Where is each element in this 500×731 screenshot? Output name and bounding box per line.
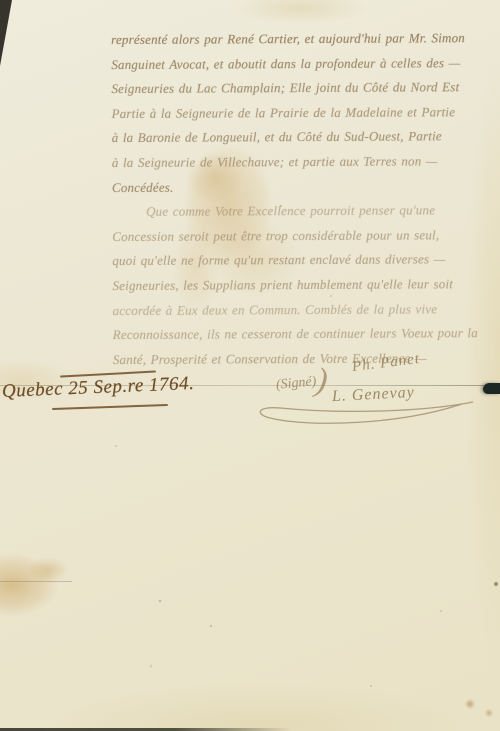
manuscript-line: Seigneuries, les Supplians prient humble…	[112, 272, 494, 299]
manuscript-line: Que comme Votre Excellence pourroit pens…	[112, 198, 494, 225]
manuscript-line: Concession seroit peut être trop considé…	[112, 223, 494, 250]
fold-crease-lower	[0, 581, 72, 582]
manuscript-line: Santé, Prosperité et Conservation de Vot…	[113, 346, 495, 373]
manuscript-line: accordée à Eux deux en Commun. Comblés d…	[113, 297, 495, 324]
manuscript-line: Reconnoissance, ils ne cesseront de cont…	[113, 321, 495, 348]
signature-flourish	[252, 398, 474, 428]
manuscript-line: représenté alors par René Cartier, et au…	[111, 26, 493, 53]
manuscript-line: quoi qu'elle ne forme qu'un restant encl…	[112, 247, 494, 274]
manuscript-line: Concédées.	[112, 174, 494, 201]
foxing-specks	[210, 625, 212, 627]
manuscript-line: à la Baronie de Longueuil, et du Côté du…	[112, 124, 494, 151]
manuscript-body: représenté alors par René Cartier, et au…	[111, 26, 495, 372]
manuscript-line: Seigneuries du Lac Champlain; Elle joint…	[111, 75, 493, 102]
document-photo: représenté alors par René Cartier, et au…	[0, 0, 500, 731]
manuscript-line: Sanguinet Avocat, et aboutit dans la pro…	[111, 51, 493, 78]
manuscript-line: à la Seigneurie de Villechauve; et parti…	[112, 149, 494, 176]
paper-edge-tear	[483, 383, 500, 394]
manuscript-line: Partie à la Seigneurie de la Prairie de …	[111, 100, 493, 127]
